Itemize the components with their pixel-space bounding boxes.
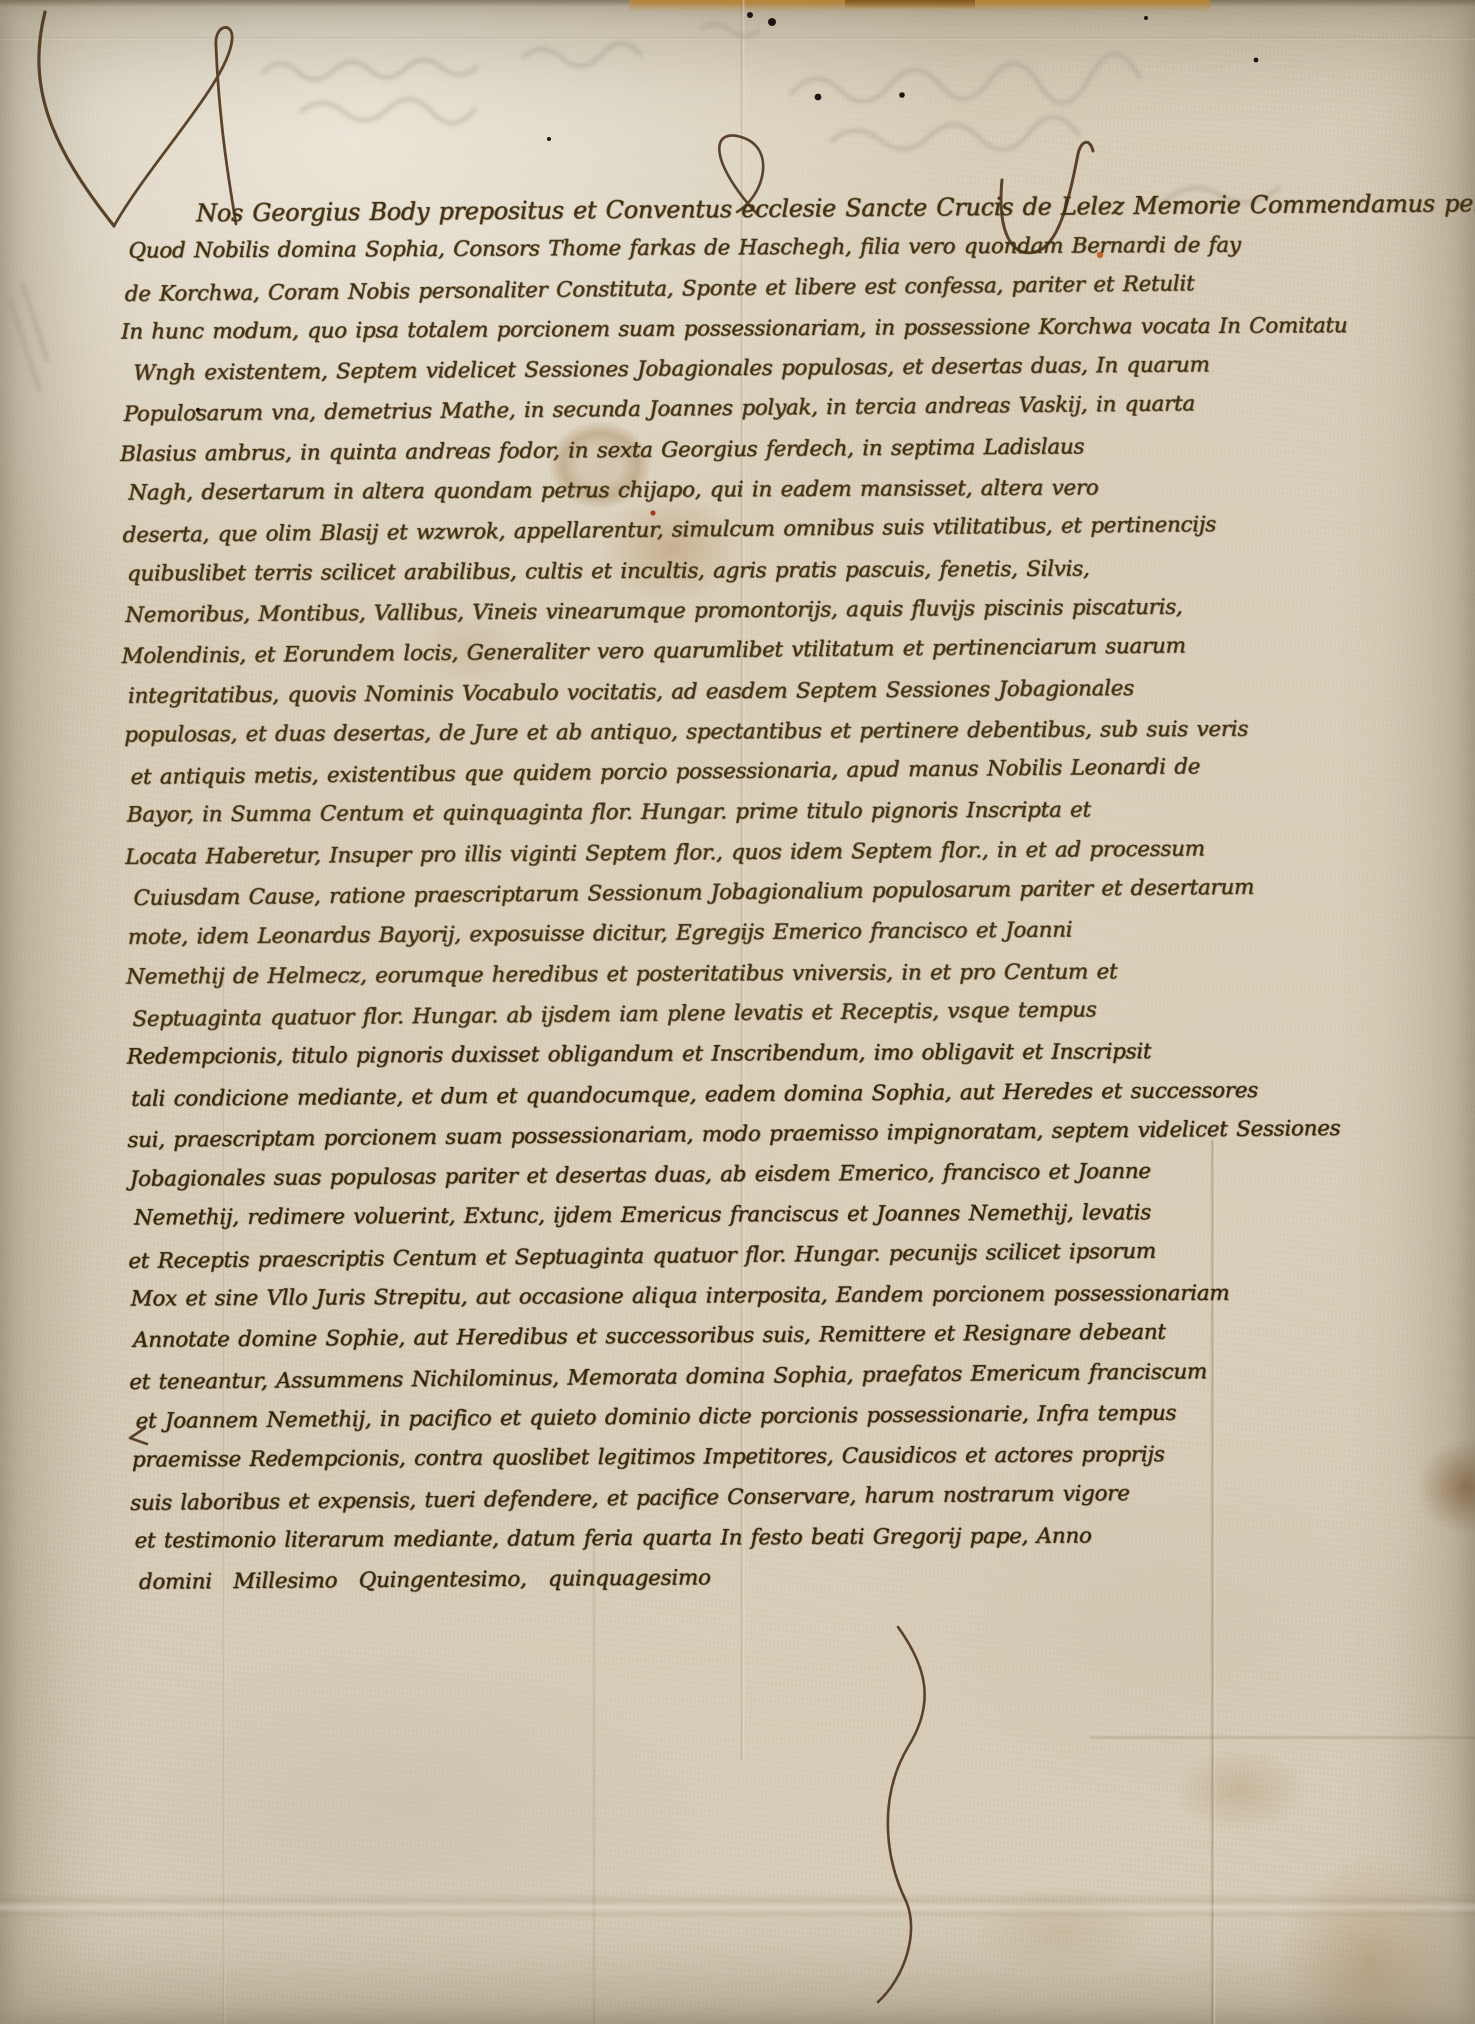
manuscript-line: Quod Nobilis domina Sophia, Consors Thom…: [128, 234, 1148, 280]
manuscript-line: Blasius ambrus, in quinta andreas fodor,…: [120, 434, 1150, 482]
tail-flourish: [878, 1627, 925, 2002]
manuscript-line: et Joannem Nemethij, in pacifico et quie…: [135, 1401, 1157, 1449]
manuscript-line: In hunc modum, quo ipsa totalem porcione…: [121, 314, 1149, 360]
manuscript-line: Mox et sine Vllo Juris Strepitu, aut occ…: [131, 1281, 1157, 1327]
manuscript-line: integritatibus, quovis Nominis Vocabulo …: [128, 675, 1152, 723]
manuscript-line: domini Millesimo Quingentesimo, quinquag…: [139, 1562, 1159, 1610]
paraph-flourish-right: [114, 27, 236, 226]
manuscript-line: praemisse Redempcionis, contra quoslibet…: [132, 1442, 1158, 1488]
manuscript-lines: Nos Georgius Body prepositus et Conventu…: [118, 192, 1159, 1610]
horizontal-crease-top: [0, 36, 1475, 40]
top-edge-smudge: [845, 0, 975, 9]
vertical-crease-right: [1210, 1140, 1216, 2024]
manuscript-page: Nos Georgius Body prepositus et Conventu…: [0, 0, 1475, 2024]
vertical-crease-lower: [592, 1540, 596, 2024]
manuscript-line: Redempcionis, titulo pignoris duxisset o…: [127, 1039, 1155, 1085]
horizontal-fold-band: [0, 1893, 1475, 1919]
manuscript-line: Nos Georgius Body prepositus et Conventu…: [118, 192, 1148, 240]
horizontal-crease-right: [1090, 1735, 1475, 1740]
manuscript-line: et testimonio literarum mediante, datum …: [134, 1523, 1158, 1569]
manuscript-line: Bayor, in Summa Centum et quinquaginta f…: [127, 798, 1153, 844]
paraph-flourish-left: [39, 12, 114, 226]
manuscript-line: mote, idem Leonardus Bayorij, exposuisse…: [128, 917, 1154, 965]
manuscript-line: quibuslibet terris scilicet arabilibus, …: [127, 556, 1151, 602]
